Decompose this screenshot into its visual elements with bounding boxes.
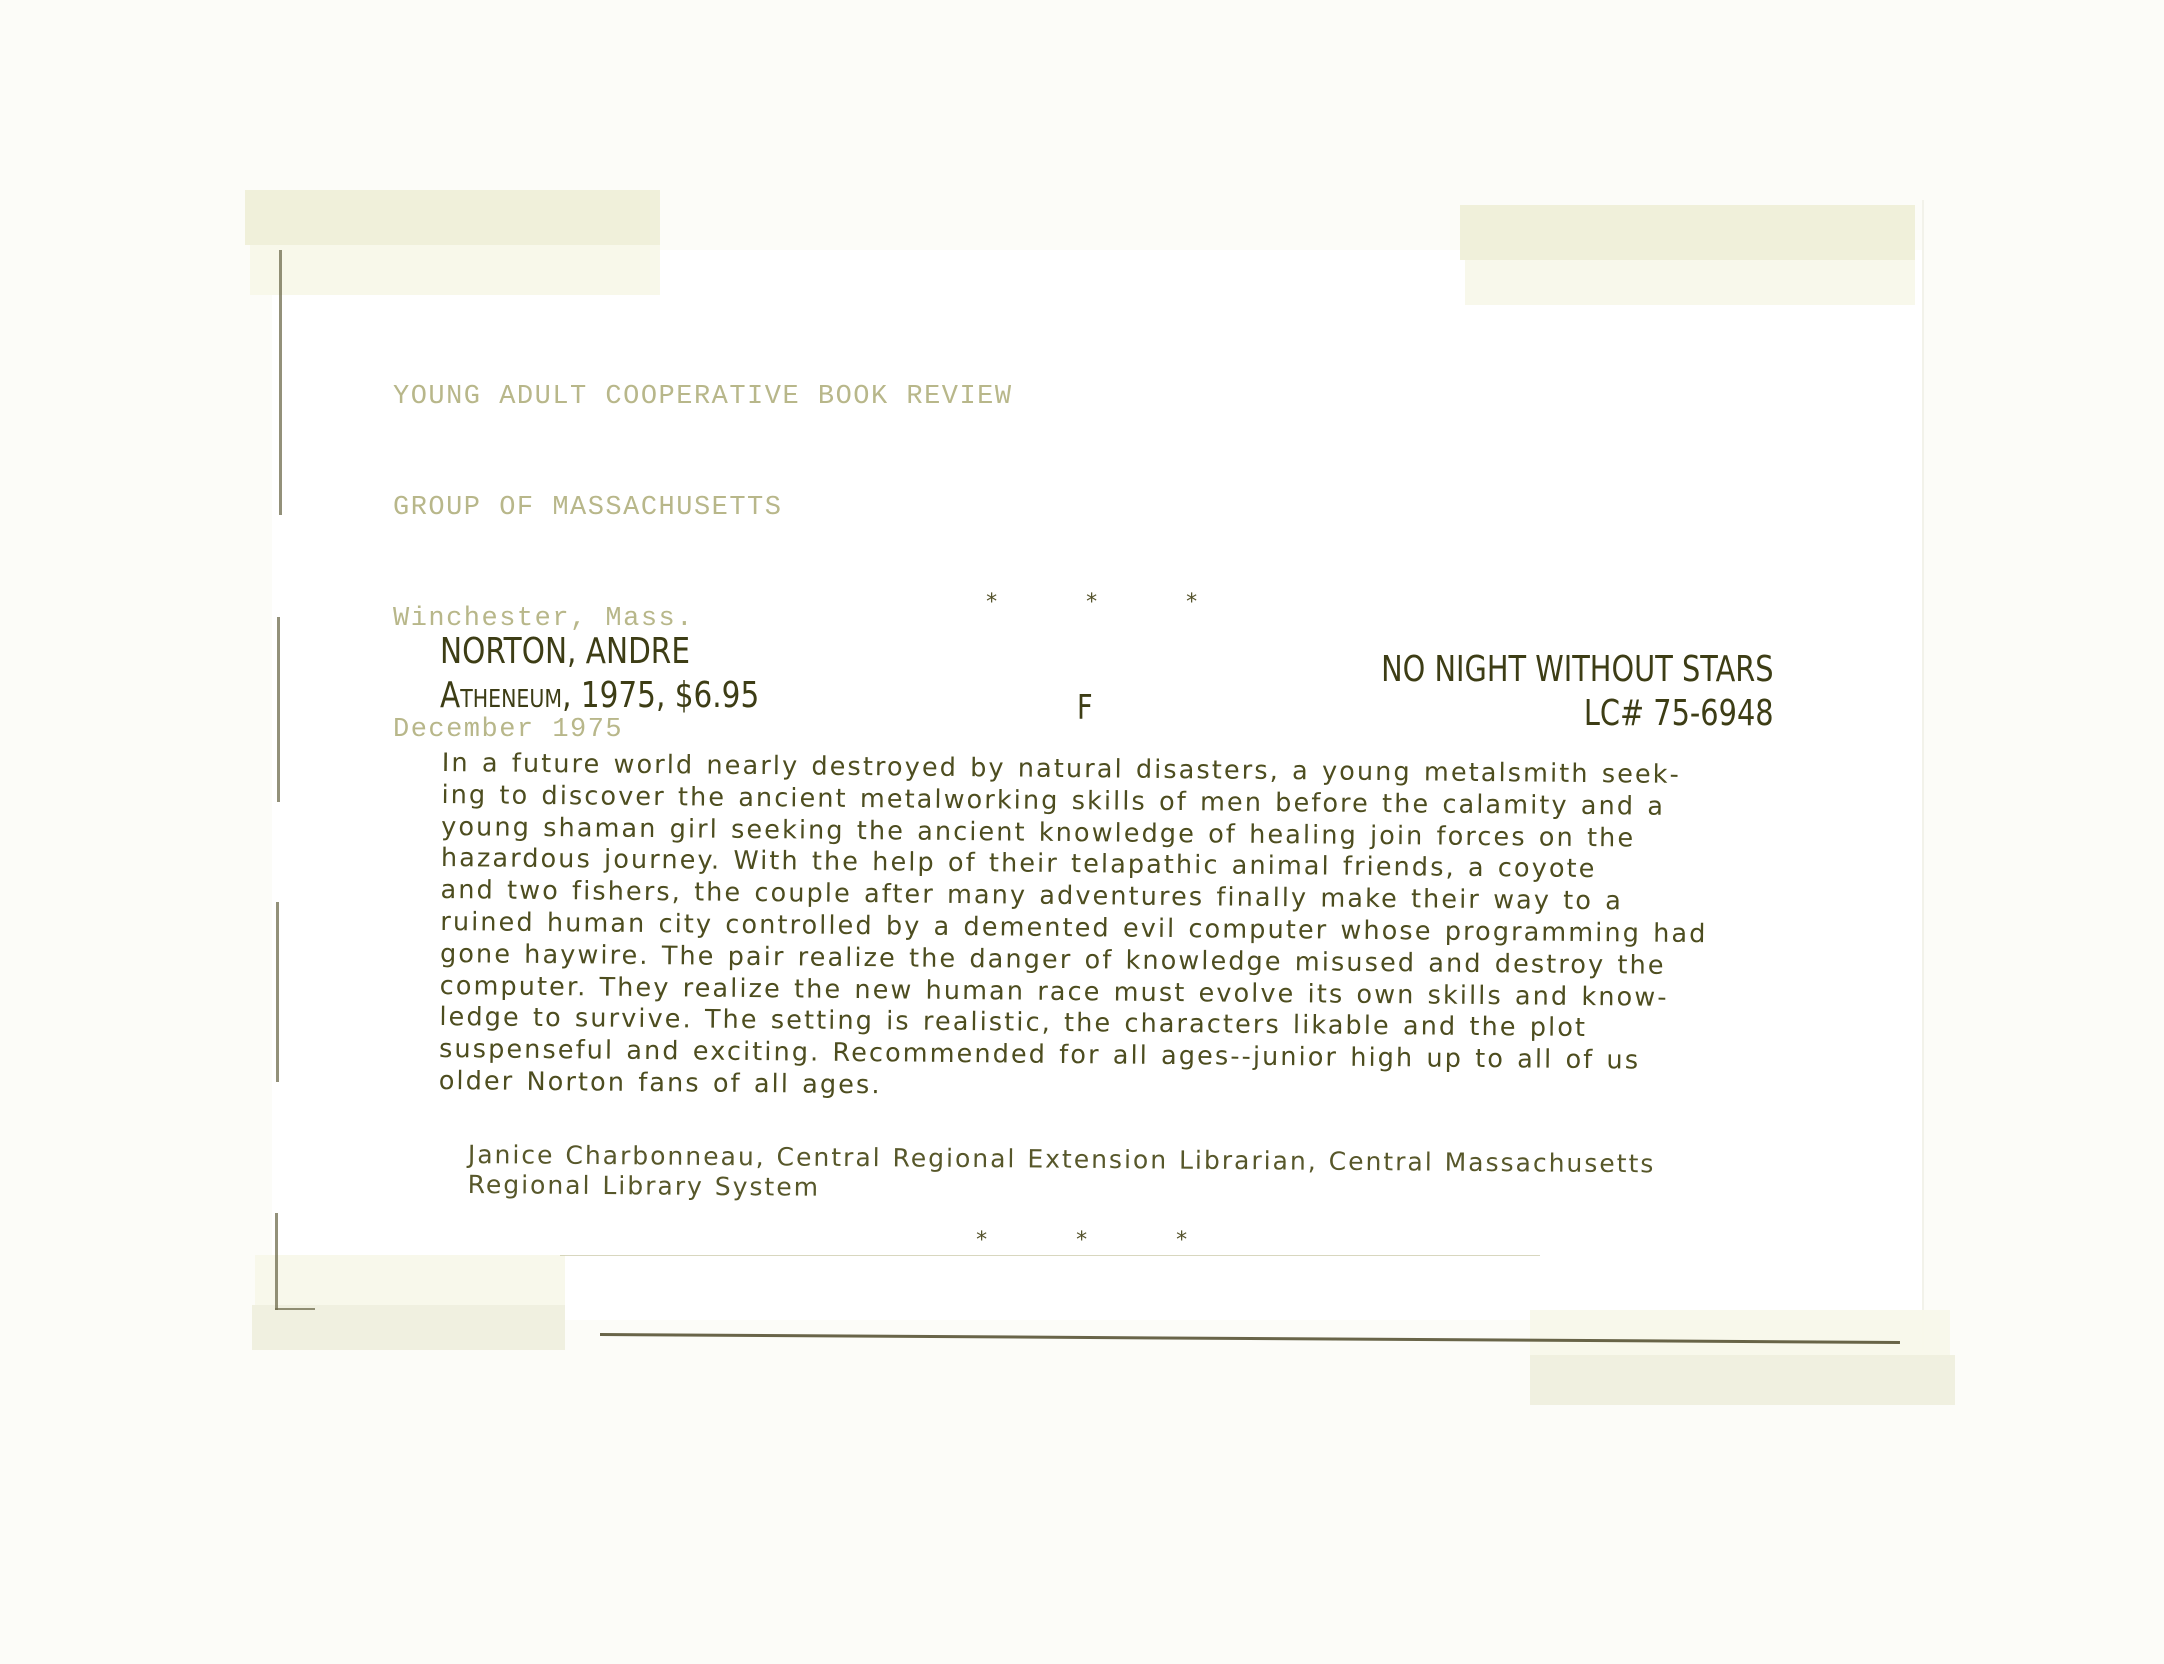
book-title: NO NIGHT WITHOUT STARS bbox=[1382, 648, 1774, 692]
asterisk-icon: * bbox=[1175, 1228, 1188, 1253]
tape-strip-top-left bbox=[245, 190, 660, 245]
asterisk-icon: * bbox=[985, 590, 998, 615]
tape-strip-bottom-right-lower bbox=[1530, 1355, 1955, 1405]
book-publisher-line: Atheneum, 1975, $6.95 bbox=[440, 674, 759, 718]
lc-number: LC# 75-6948 bbox=[1382, 692, 1774, 736]
review-text: In a future world nearly destroyed by na… bbox=[439, 748, 1782, 1111]
tape-strip-top-left-lower bbox=[250, 245, 660, 295]
scan-edge-mark bbox=[279, 250, 282, 515]
scan-edge-mark bbox=[275, 1308, 315, 1310]
scan-edge-mark bbox=[276, 902, 279, 1082]
scan-edge-mark bbox=[560, 1255, 1540, 1256]
header-line-group: GROUP OF MASSACHUSETTS bbox=[393, 490, 1013, 527]
header-line-organization: YOUNG ADULT COOPERATIVE BOOK REVIEW bbox=[393, 379, 1013, 416]
scan-edge-mark bbox=[275, 1213, 278, 1310]
bibliographic-right: NO NIGHT WITHOUT STARS LC# 75-6948 bbox=[1283, 648, 1774, 736]
tape-strip-top-right-lower bbox=[1465, 260, 1915, 305]
scan-edge-mark bbox=[277, 617, 280, 802]
tape-strip-bottom-left-lower bbox=[252, 1305, 565, 1350]
scanned-page: YOUNG ADULT COOPERATIVE BOOK REVIEW GROU… bbox=[0, 0, 2164, 1664]
asterisk-icon: * bbox=[1085, 590, 1098, 615]
asterisk-icon: * bbox=[975, 1228, 988, 1253]
tape-strip-top-right bbox=[1460, 205, 1915, 260]
review-group-header: YOUNG ADULT COOPERATIVE BOOK REVIEW GROU… bbox=[393, 305, 1013, 823]
genre-code: F bbox=[1077, 688, 1093, 728]
asterisk-icon: * bbox=[1075, 1228, 1088, 1253]
reviewer-attribution: Janice Charbonneau, Central Regional Ext… bbox=[468, 1140, 1656, 1209]
asterisk-icon: * bbox=[1185, 590, 1198, 615]
tape-strip-bottom-left bbox=[255, 1255, 565, 1305]
tape-strip-bottom-right bbox=[1530, 1310, 1950, 1358]
bibliographic-left: NORTON, ANDRE Atheneum, 1975, $6.95 bbox=[440, 630, 759, 718]
book-author: NORTON, ANDRE bbox=[440, 630, 759, 674]
card-edge bbox=[1922, 200, 1924, 1350]
